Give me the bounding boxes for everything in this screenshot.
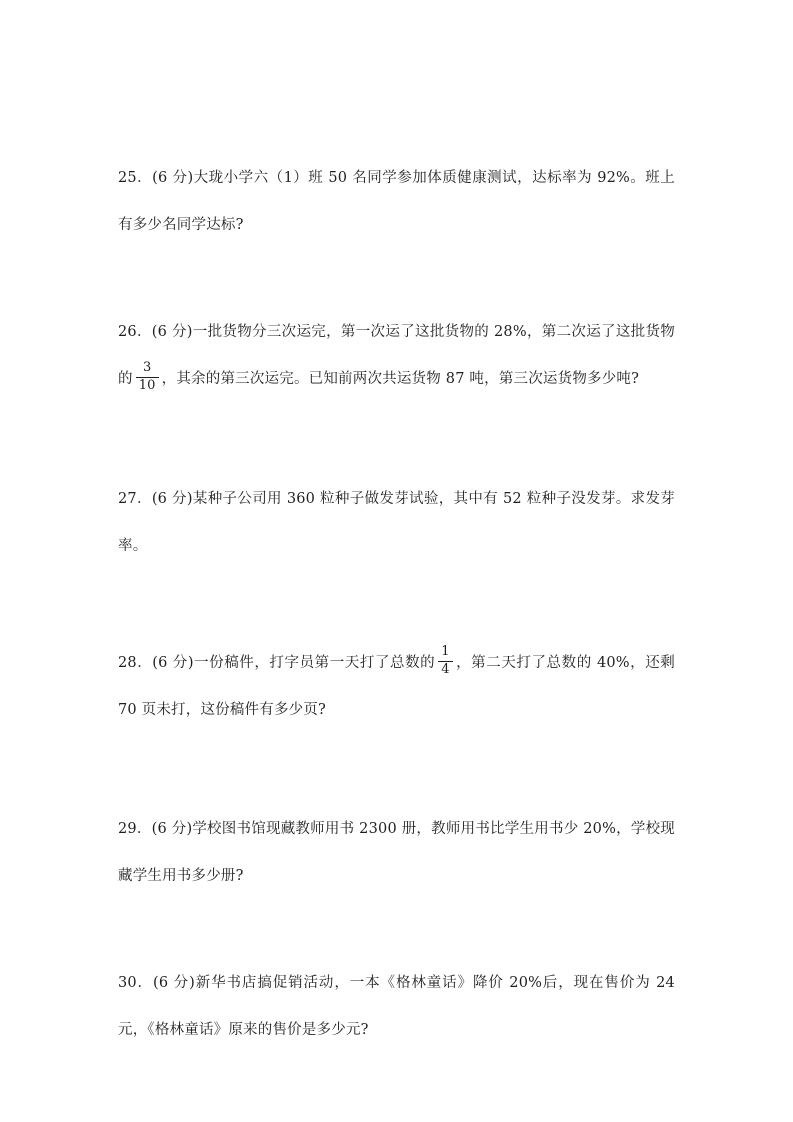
- problem-27-text: 27．(6 分)某种子公司用 360 粒种子做发芽试验，其中有 52 粒种子没发…: [118, 491, 675, 554]
- problem-25-text: 25．(6 分)大珑小学六（1）班 50 名同学参加体质健康测试，达标率为 92…: [118, 170, 675, 233]
- fraction-denominator: 4: [438, 662, 452, 678]
- problem-28: 28．(6 分)一份稿件，打字员第一天打了总数的14，第二天打了总数的 40%，…: [118, 640, 675, 734]
- problem-30: 30．(6 分)新华书店搞促销活动，一本《格林童话》降价 20%后，现在售价为 …: [118, 960, 675, 1054]
- problem-27: 27．(6 分)某种子公司用 360 粒种子做发芽试验，其中有 52 粒种子没发…: [118, 476, 675, 570]
- fraction-numerator: 1: [438, 645, 452, 662]
- problem-25: 25．(6 分)大珑小学六（1）班 50 名同学参加体质健康测试，达标率为 92…: [118, 155, 675, 249]
- problem-29-text: 29．(6 分)学校图书馆现藏教师用书 2300 册，教师用书比学生用书少 20…: [118, 821, 675, 884]
- problem-26: 26．(6 分)一批货物分三次运完，第一次运了这批货物的 28%，第二次运了这批…: [118, 309, 675, 403]
- worksheet-page: 25．(6 分)大珑小学六（1）班 50 名同学参加体质健康测试，达标率为 92…: [0, 0, 793, 1122]
- problem-26-text-after-fraction: ，其余的第三次运完。已知前两次共运货物 87 吨，第三次运货物多少吨?: [162, 371, 639, 387]
- problem-30-text: 30．(6 分)新华书店搞促销活动，一本《格林童话》降价 20%后，现在售价为 …: [118, 975, 675, 1038]
- fraction-numerator: 3: [136, 361, 159, 378]
- fraction-denominator: 10: [136, 378, 159, 394]
- problem-28-text-before-fraction: 28．(6 分)一份稿件，打字员第一天打了总数的: [118, 655, 435, 671]
- fraction-1-4: 14: [438, 645, 452, 678]
- fraction-3-10: 310: [136, 361, 159, 394]
- problem-29: 29．(6 分)学校图书馆现藏教师用书 2300 册，教师用书比学生用书少 20…: [118, 806, 675, 900]
